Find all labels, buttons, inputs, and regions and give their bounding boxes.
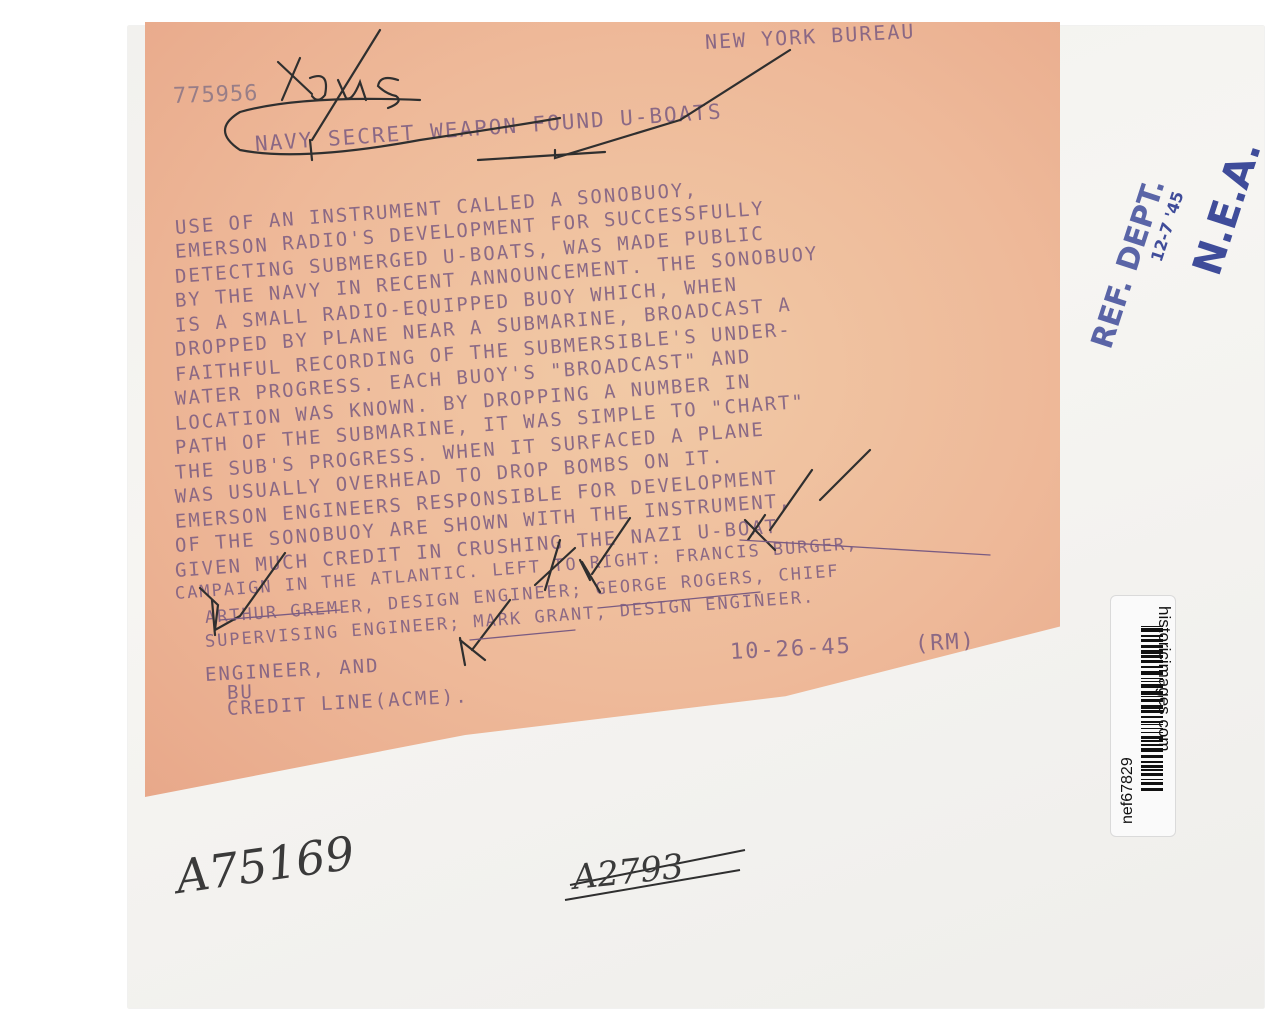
barcode-code: nef67829 <box>1119 757 1137 824</box>
release-date: 10-26-45 <box>729 634 852 665</box>
headline: NAVY SECRET WEAPON FOUND U-BOATS <box>254 99 723 156</box>
bureau-label: NEW YORK BUREAU <box>704 19 916 54</box>
credit-line: CREDIT LINE(ACME). <box>226 685 469 720</box>
file-number: 775956 <box>173 81 259 109</box>
barcode-icon <box>1141 626 1163 791</box>
barcode-label: historicimages.com nef67829 <box>1110 595 1176 837</box>
